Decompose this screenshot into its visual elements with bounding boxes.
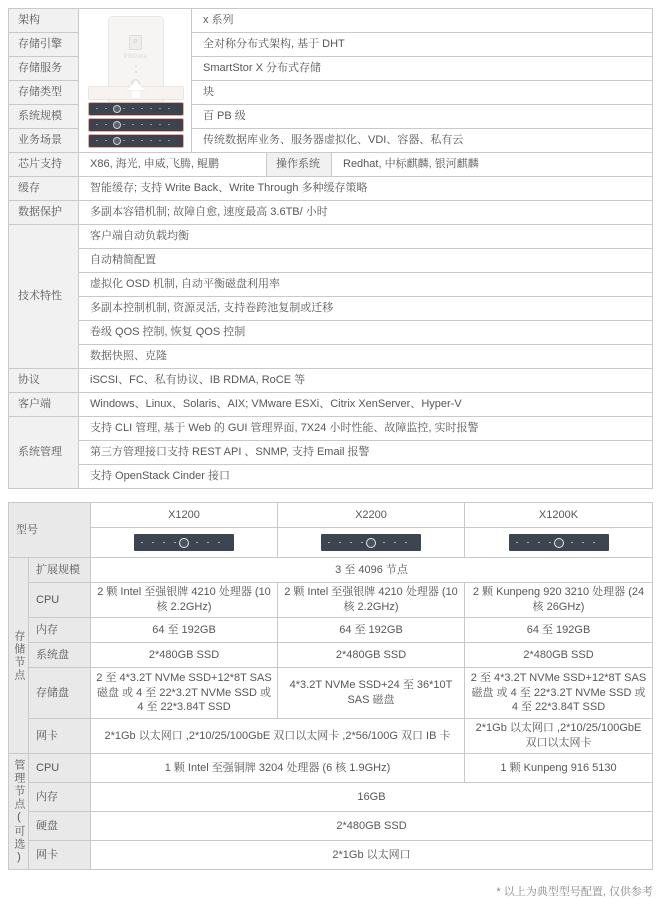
spec-label: 架构: [9, 9, 79, 33]
spec-value-os: Redhat, 中标麒麟, 银河麒麟: [332, 153, 653, 177]
spec-value: 支持 OpenStack Cinder 接口: [79, 465, 653, 489]
spec-row-tech: 技术特性 客户端自动负载均衡: [9, 225, 653, 249]
rack-power-icon: [113, 121, 121, 129]
rack-unit: [88, 134, 184, 148]
product-image-cell: P PBData: [79, 9, 192, 153]
spec-row-sysmgmt: 系统管理 支持 CLI 管理, 基于 Web 的 GUI 管理界面, 7X24 …: [9, 417, 653, 441]
footer-note: * 以上为典型型号配置, 仅供参考: [8, 883, 655, 899]
rack-unit: [88, 118, 184, 132]
pbdata-brand-text: PBData: [109, 53, 163, 61]
row-label: 存储盘: [29, 668, 91, 719]
row-mgmt-nic: 网卡 2*1Gb 以太网口: [9, 841, 653, 870]
row-datadisk: 存储盘 2 至 4*3.2T NVMe SSD+12*8T SAS 磁盘 或 4…: [9, 668, 653, 719]
model-header-row: 型号 X1200 X2200 X1200K: [9, 503, 653, 528]
spec-label-os: 操作系统: [267, 153, 332, 177]
spec-table: 架构 P PBData: [8, 8, 653, 489]
spec-row-client: 客户端 Windows、Linux、Solaris、AIX; VMware ES…: [9, 393, 653, 417]
tower-dot-icon: [135, 71, 137, 73]
spec-label: 芯片支持: [9, 153, 79, 177]
spec-label: 数据保护: [9, 201, 79, 225]
spec-row-sysmgmt: 第三方管理接口支持 REST API 、SNMP, 支持 Email 报警: [9, 441, 653, 465]
row-label: 网卡: [29, 719, 91, 754]
rack-unit: [88, 102, 184, 116]
row-scale: 存储节点 扩展规模 3 至 4096 节点: [9, 558, 653, 583]
spec-label: 存储引擎: [9, 33, 79, 57]
cell-mgmt-memory: 16GB: [91, 783, 653, 812]
cell-memory-x1200k: 64 至 192GB: [465, 618, 653, 643]
spec-label: 存储类型: [9, 81, 79, 105]
spec-value: 卷级 QOS 控制, 恢复 QOS 控制: [79, 321, 653, 345]
spec-value: 虚拟化 OSD 机制, 自动平衡磁盘利用率: [79, 273, 653, 297]
spec-row-tech: 多副本控制机制, 资源灵活, 支持卷跨池复制或迁移: [9, 297, 653, 321]
spec-value: 多副本容错机制; 故障自愈, 速度最高 3.6TB/ 小时: [79, 201, 653, 225]
spec-value: 第三方管理接口支持 REST API 、SNMP, 支持 Email 报警: [79, 441, 653, 465]
cell-memory-x2200: 64 至 192GB: [278, 618, 465, 643]
row-label: 扩展规模: [29, 558, 91, 583]
spec-label: 系统规模: [9, 105, 79, 129]
spec-value: x 系列: [192, 9, 653, 33]
row-label: 网卡: [29, 841, 91, 870]
spec-value: 多副本控制机制, 资源灵活, 支持卷跨池复制或迁移: [79, 297, 653, 321]
row-label: 内存: [29, 618, 91, 643]
up-arrow-icon: [127, 81, 145, 98]
spec-row-architecture: 架构 P PBData: [9, 9, 653, 33]
row-label: 内存: [29, 783, 91, 812]
cell-datadisk-x2200: 4*3.2T NVMe SSD+24 至 36*10T SAS 磁盘: [278, 668, 465, 719]
spec-row-protocol: 协议 iSCSI、FC、私有协议、IB RDMA, RoCE 等: [9, 369, 653, 393]
row-label: 硬盘: [29, 812, 91, 841]
spec-row-tech: 卷级 QOS 控制, 恢复 QOS 控制: [9, 321, 653, 345]
rack-power-icon: [113, 105, 121, 113]
spec-value: 自动精简配置: [79, 249, 653, 273]
cell-mgmt-cpu-x1200k: 1 颗 Kunpeng 916 5130: [465, 754, 653, 783]
spec-label: 技术特性: [9, 225, 79, 369]
spec-value: 支持 CLI 管理, 基于 Web 的 GUI 管理界面, 7X24 小时性能、…: [79, 417, 653, 441]
group-label-storage-node: 存储节点: [9, 558, 29, 754]
rack-power-icon: [179, 538, 189, 548]
cell-cpu-x2200: 2 颗 Intel 至强银牌 4210 处理器 (10 核 2.2GHz): [278, 583, 465, 618]
rack-server-image-x1200k: [509, 534, 609, 551]
cell-datadisk-x1200: 2 至 4*3.2T NVMe SSD+12*8T SAS 磁盘 或 4 至 2…: [91, 668, 278, 719]
spec-value: 百 PB 级: [192, 105, 653, 129]
cell-nic-x1200-x2200: 2*1Gb 以太网口 ,2*10/25/100GbE 双口以太网卡 ,2*56/…: [91, 719, 465, 754]
spec-row-tech: 自动精简配置: [9, 249, 653, 273]
spec-value: X86, 海光, 申威,飞腾, 鲲鹏: [79, 153, 267, 177]
cell-sysdisk-x1200: 2*480GB SSD: [91, 643, 278, 668]
cell-datadisk-x1200k: 2 至 4*3.2T NVMe SSD+12*8T SAS 磁盘 或 4 至 2…: [465, 668, 653, 719]
spec-sheet-page: 架构 P PBData: [0, 0, 661, 899]
cell-sysdisk-x2200: 2*480GB SSD: [278, 643, 465, 668]
row-label: CPU: [29, 754, 91, 783]
cell-memory-x1200: 64 至 192GB: [91, 618, 278, 643]
spec-row-sysmgmt: 支持 OpenStack Cinder 接口: [9, 465, 653, 489]
model-label: 型号: [9, 503, 91, 558]
row-mgmt-disk: 硬盘 2*480GB SSD: [9, 812, 653, 841]
cell-cpu-x1200: 2 颗 Intel 至强银牌 4210 处理器 (10 核 2.2GHz): [91, 583, 278, 618]
model-header-x1200: X1200: [91, 503, 278, 528]
cell-scale: 3 至 4096 节点: [91, 558, 653, 583]
spec-label: 协议: [9, 369, 79, 393]
spec-row-protect: 数据保护 多副本容错机制; 故障自愈, 速度最高 3.6TB/ 小时: [9, 201, 653, 225]
rack-power-icon: [366, 538, 376, 548]
spec-label: 业务场景: [9, 129, 79, 153]
row-cpu: CPU 2 颗 Intel 至强银牌 4210 处理器 (10 核 2.2GHz…: [9, 583, 653, 618]
spec-row-tech: 数据快照、克隆: [9, 345, 653, 369]
model-header-x1200k: X1200K: [465, 503, 653, 528]
spec-value: 客户端自动负载均衡: [79, 225, 653, 249]
spec-value: 全对称分布式架构, 基于 DHT: [192, 33, 653, 57]
spec-label: 缓存: [9, 177, 79, 201]
rack-power-icon: [554, 538, 564, 548]
model-table: 型号 X1200 X2200 X1200K 存储节点 扩展规模 3 至 4096…: [8, 502, 653, 870]
spec-label: 存储服务: [9, 57, 79, 81]
spec-value: 数据快照、克隆: [79, 345, 653, 369]
pbdata-logo-icon: P: [129, 35, 142, 50]
row-memory: 内存 64 至 192GB 64 至 192GB 64 至 192GB: [9, 618, 653, 643]
cell-sysdisk-x1200k: 2*480GB SSD: [465, 643, 653, 668]
rack-server-image-x2200: [321, 534, 421, 551]
rack-image-cell: [91, 528, 278, 558]
rack-image-cell: [465, 528, 653, 558]
cell-mgmt-disk: 2*480GB SSD: [91, 812, 653, 841]
spec-row-tech: 虚拟化 OSD 机制, 自动平衡磁盘利用率: [9, 273, 653, 297]
spec-row-cache: 缓存 智能缓存; 支持 Write Back、Write Through 多种缓…: [9, 177, 653, 201]
spec-value: 智能缓存; 支持 Write Back、Write Through 多种缓存策略: [79, 177, 653, 201]
tower-dot-icon: [135, 65, 137, 67]
row-nic: 网卡 2*1Gb 以太网口 ,2*10/25/100GbE 双口以太网卡 ,2*…: [9, 719, 653, 754]
row-mgmt-memory: 内存 16GB: [9, 783, 653, 812]
model-header-x2200: X2200: [278, 503, 465, 528]
spec-value: Windows、Linux、Solaris、AIX; VMware ESXi、C…: [79, 393, 653, 417]
spec-value: 传统数据库业务、服务器虚拟化、VDI、容器、私有云: [192, 129, 653, 153]
model-image-row: [9, 528, 653, 558]
row-label: 系统盘: [29, 643, 91, 668]
spec-value: 块: [192, 81, 653, 105]
spec-value: iSCSI、FC、私有协议、IB RDMA, RoCE 等: [79, 369, 653, 393]
cell-mgmt-cpu-x1200-x2200: 1 颗 Intel 至强铜牌 3204 处理器 (6 核 1.9GHz): [91, 754, 465, 783]
spec-label: 系统管理: [9, 417, 79, 489]
spec-value: SmartStor X 分布式存储: [192, 57, 653, 81]
cell-mgmt-nic: 2*1Gb 以太网口: [91, 841, 653, 870]
rack-image-cell: [278, 528, 465, 558]
row-mgmt-cpu: 管理节点(可选) CPU 1 颗 Intel 至强铜牌 3204 处理器 (6 …: [9, 754, 653, 783]
cell-cpu-x1200k: 2 颗 Kunpeng 920 3210 处理器 (24 核 26GHz): [465, 583, 653, 618]
row-sysdisk: 系统盘 2*480GB SSD 2*480GB SSD 2*480GB SSD: [9, 643, 653, 668]
rack-server-image-x1200: [134, 534, 234, 551]
row-label: CPU: [29, 583, 91, 618]
spec-label: 客户端: [9, 393, 79, 417]
rack-power-icon: [113, 137, 121, 145]
group-label-mgmt-node: 管理节点(可选): [9, 754, 29, 870]
cell-nic-x1200k: 2*1Gb 以太网口 ,2*10/25/100GbE 双口以太网卡: [465, 719, 653, 754]
spec-row-chips: 芯片支持 X86, 海光, 申威,飞腾, 鲲鹏 操作系统 Redhat, 中标麒…: [9, 153, 653, 177]
product-tower-image: P PBData: [79, 13, 192, 149]
